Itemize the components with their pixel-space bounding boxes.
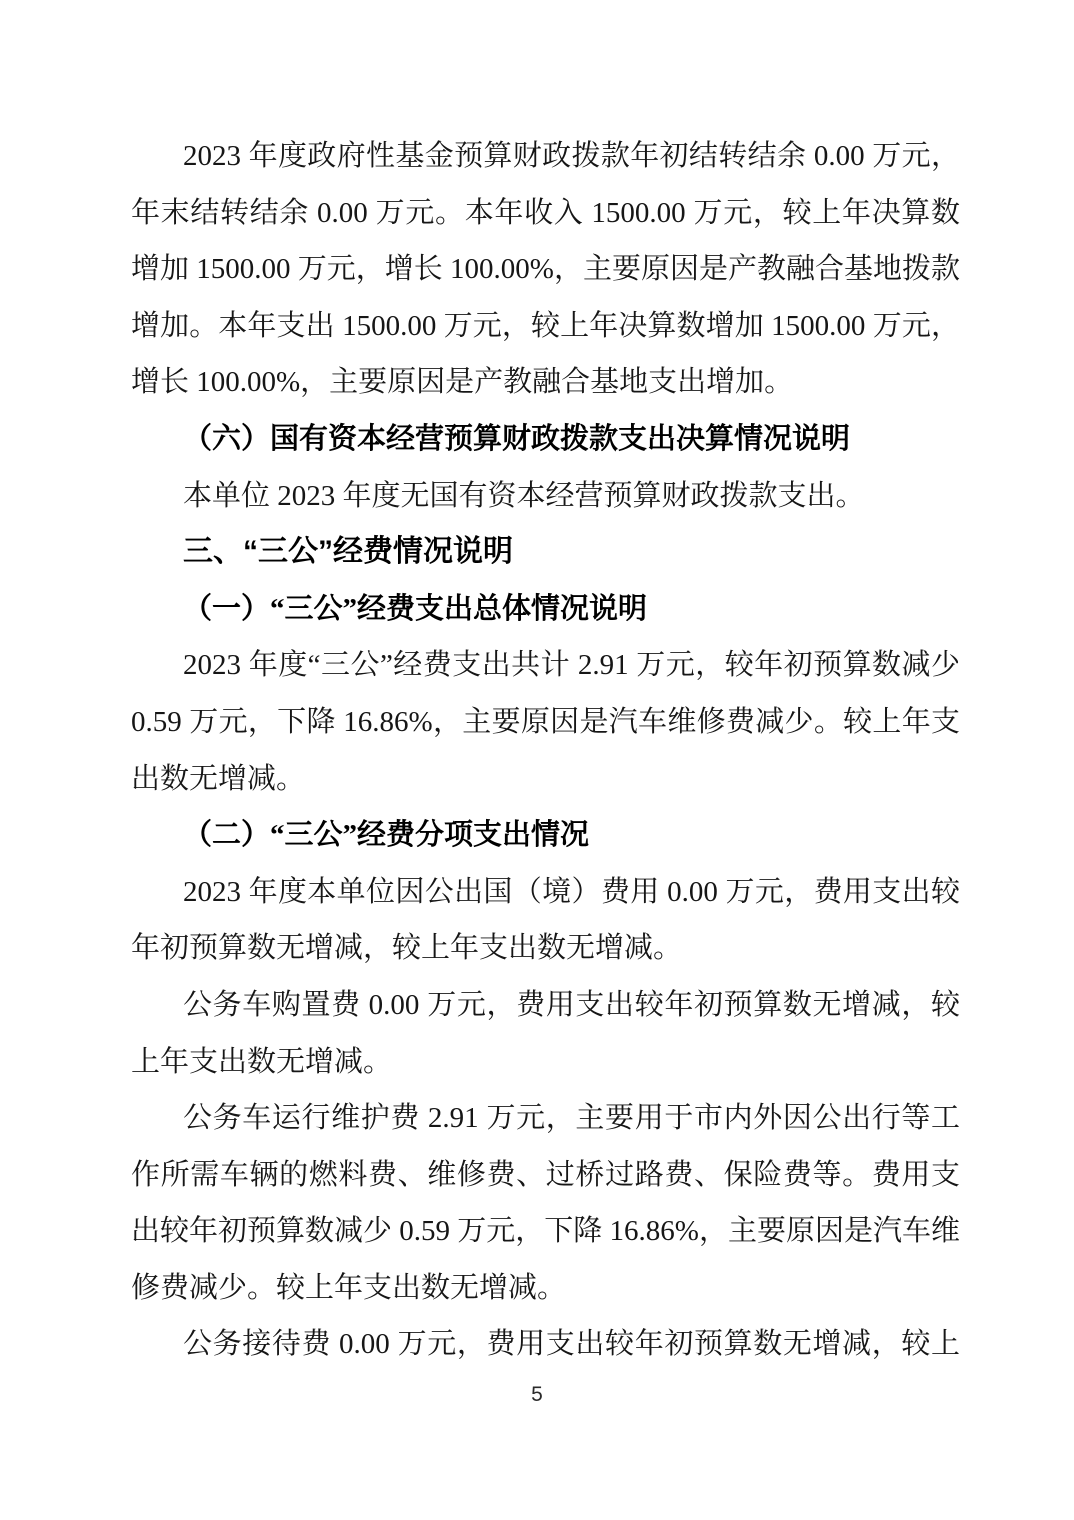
para-gov-fund-line-5: 增长 100.00%，主要原因是产教融合基地支出增加。	[131, 354, 960, 411]
page-footer: 5	[0, 1383, 1074, 1407]
para-no-soe: 本单位 2023 年度无国有资本经营预算财政拨款支出。	[131, 468, 960, 525]
para-reception-line-1: 公务接待费 0.00 万元，费用支出较年初预算数无增减，较上	[131, 1316, 960, 1373]
para-maintain-line-3: 出较年初预算数减少 0.59 万元，下降 16.86%，主要原因是汽车维	[131, 1203, 960, 1260]
para-purchase-line-2: 上年支出数无增减。	[131, 1034, 960, 1091]
document-content: 2023 年度政府性基金预算财政拨款年初结转结余 0.00 万元， 年末结转结余…	[131, 128, 960, 1373]
document-page: 2023 年度政府性基金预算财政拨款年初结转结余 0.00 万元， 年末结转结余…	[0, 0, 1074, 1520]
para-maintain-line-4: 修费减少。较上年支出数无增减。	[131, 1260, 960, 1317]
para-abroad-line-1: 2023 年度本单位因公出国（境）费用 0.00 万元，费用支出较	[131, 864, 960, 921]
para-gov-fund-line-2: 年末结转结余 0.00 万元。本年收入 1500.00 万元，较上年决算数	[131, 185, 960, 242]
para-total-line-1: 2023 年度“三公”经费支出共计 2.91 万元，较年初预算数减少	[131, 637, 960, 694]
page-number: 5	[531, 1383, 543, 1406]
para-purchase-line-1: 公务车购置费 0.00 万元，费用支出较年初预算数无增减，较	[131, 977, 960, 1034]
heading-subsection-one: （一）“三公”经费支出总体情况说明	[131, 581, 960, 638]
para-gov-fund-line-4: 增加。本年支出 1500.00 万元，较上年决算数增加 1500.00 万元，	[131, 298, 960, 355]
para-gov-fund-line-3: 增加 1500.00 万元，增长 100.00%，主要原因是产教融合基地拨款	[131, 241, 960, 298]
heading-section-six: （六）国有资本经营预算财政拨款支出决算情况说明	[131, 411, 960, 468]
para-abroad-line-2: 年初预算数无增减，较上年支出数无增减。	[131, 920, 960, 977]
para-maintain-line-2: 作所需车辆的燃料费、维修费、过桥过路费、保险费等。费用支	[131, 1147, 960, 1204]
para-total-line-3: 出数无增减。	[131, 751, 960, 808]
heading-part-three: 三、“三公”经费情况说明	[131, 524, 960, 581]
para-gov-fund-line-1: 2023 年度政府性基金预算财政拨款年初结转结余 0.00 万元，	[131, 128, 960, 185]
heading-subsection-two: （二）“三公”经费分项支出情况	[131, 807, 960, 864]
para-maintain-line-1: 公务车运行维护费 2.91 万元，主要用于市内外因公出行等工	[131, 1090, 960, 1147]
para-total-line-2: 0.59 万元，下降 16.86%，主要原因是汽车维修费减少。较上年支	[131, 694, 960, 751]
